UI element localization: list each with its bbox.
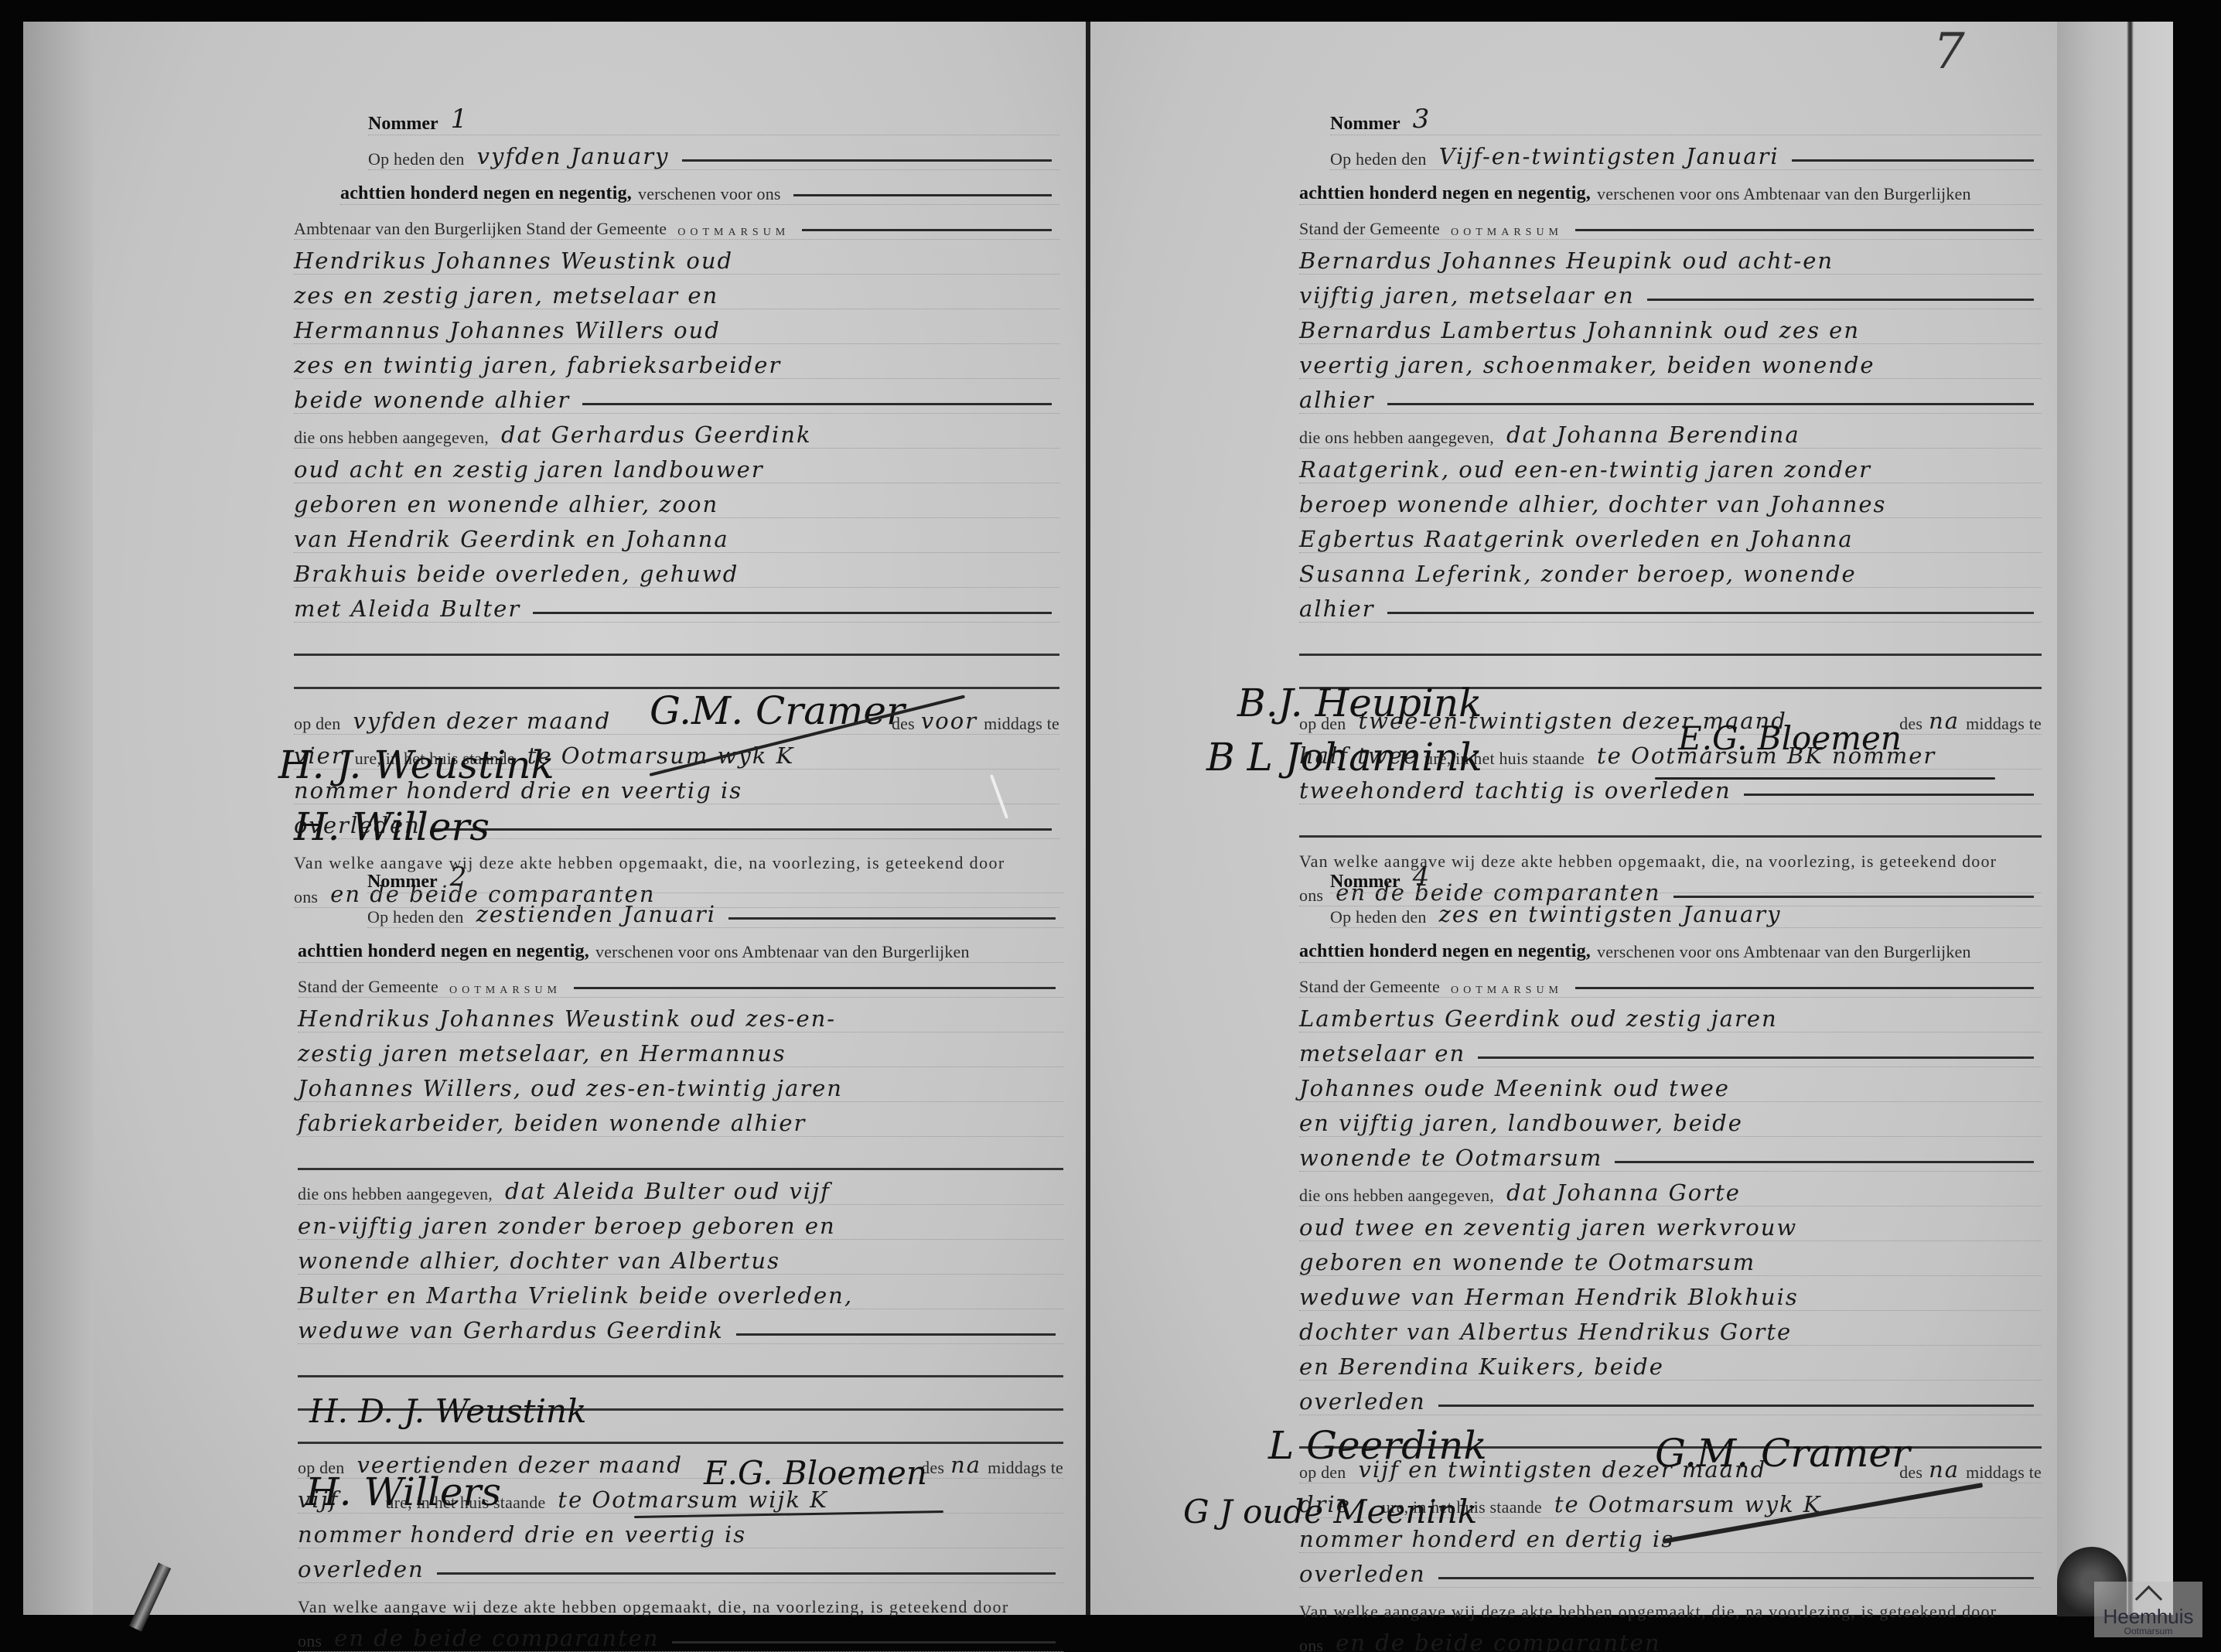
declarant-line: Lambertus Geerdink oud zestig jaren	[1299, 1005, 1778, 1032]
verschenen-label: verschenen voor ons Ambtenaar van den Bu…	[1597, 184, 1971, 204]
signature-declarant: H. Willers	[305, 1469, 501, 1514]
signature-registrar: G.M. Cramer	[650, 688, 905, 733]
declaration-line: Egbertus Raatgerink overleden en Johanna	[1299, 526, 1854, 552]
gemeente-name: OOTMARSUM	[1451, 227, 1563, 239]
aangegeven-label: die ons hebben aangegeven,	[294, 428, 489, 448]
declaration-line: weduwe van Herman Hendrik Blokhuis	[1299, 1284, 1799, 1310]
declarant-line: Bernardus Johannes Heupink oud acht-en	[1299, 247, 1834, 274]
signature-declarant: L Geerdink	[1268, 1423, 1487, 1468]
declarant-line: fabriekarbeider, beiden wonende alhier	[298, 1110, 806, 1136]
record-date: zestienden Januari	[476, 901, 716, 927]
stand-label: Stand der Gemeente	[1299, 977, 1440, 997]
place-line: te Ootmarsum wyk K	[1554, 1491, 1822, 1517]
op-heden-label: Op heden den	[1330, 907, 1427, 927]
verschenen-label: verschenen voor ons Ambtenaar van den Bu…	[1597, 942, 1971, 962]
record-date: Vijf-en-twintigsten Januari	[1439, 143, 1779, 169]
day-part: voor	[921, 708, 977, 734]
declarant-line: alhier	[1299, 387, 1375, 413]
declaration-line: beroep wonende alhier, dochter van Johan…	[1299, 491, 1886, 517]
op-heden-label: Op heden den	[368, 149, 465, 169]
declaration-line: met Aleida Bulter	[294, 596, 520, 622]
death-record-3: Nommer 3 Op heden den Vijf-en-twintigste…	[1299, 101, 2042, 906]
middags-label: middags te	[988, 1458, 1063, 1478]
declarant-line: Johannes oude Meenink oud twee	[1299, 1075, 1730, 1101]
verschenen-label: verschenen voor ons	[638, 184, 781, 204]
year-line: achttien honderd negen en negentig,	[298, 941, 589, 962]
ambtenaar-label: Ambtenaar van den Burgerlijken Stand der…	[294, 219, 667, 239]
op-den-label: op den	[294, 714, 340, 734]
declaration-line: geboren en wonende te Ootmarsum	[1299, 1249, 1755, 1275]
signature-declarant: B.J. Heupink	[1237, 681, 1482, 725]
record-number: 1	[451, 104, 469, 135]
declaration-line: wonende alhier, dochter van Albertus	[298, 1248, 780, 1274]
signed-by: en de beide comparanten	[334, 1625, 659, 1651]
declaration-line: dat Johanna Gorte	[1506, 1179, 1741, 1206]
van-welke-text: Van welke aangave wij deze akte hebben o…	[1299, 1602, 1997, 1622]
declaration-line: en-vijftig jaren zonder beroep geboren e…	[298, 1213, 836, 1239]
declaration-line: Bulter en Martha Vrielink beide overlede…	[298, 1282, 853, 1309]
declarant-line: Hendrikus Johannes Weustink oud zes-en-	[298, 1005, 836, 1032]
declarant-line: Hendrikus Johannes Weustink oud	[294, 247, 733, 274]
record-date: zes en twintigsten January	[1439, 901, 1782, 927]
declaration-line: oud acht en zestig jaren landbouwer	[294, 456, 764, 483]
year-line: achttien honderd negen en negentig,	[340, 183, 632, 204]
verschenen-label: verschenen voor ons Ambtenaar van den Bu…	[595, 942, 970, 962]
aangegeven-label: die ons hebben aangegeven,	[298, 1184, 493, 1204]
declaration-line: overleden	[1299, 1388, 1426, 1415]
record-number: 4	[1413, 862, 1431, 893]
declarant-line: metselaar en	[1299, 1040, 1465, 1067]
declaration-line: dat Gerhardus Geerdink	[501, 422, 812, 448]
declaration-line: dochter van Albertus Hendrikus Gorte	[1299, 1319, 1792, 1345]
binding-edge	[2057, 22, 2173, 1615]
gemeente-name: OOTMARSUM	[1451, 985, 1563, 997]
day-part: na	[1929, 1456, 1960, 1483]
declarant-line: Bernardus Lambertus Johannink oud zes en	[1299, 317, 1860, 343]
declarant-line: zestig jaren metselaar, en Hermannus	[298, 1040, 786, 1067]
declaration-line: Brakhuis beide overleden, gehuwd	[294, 561, 739, 587]
signature-registrar: E.G. Bloemen	[1678, 719, 1902, 757]
signature-declarant: B L Johannink	[1206, 735, 1482, 780]
nommer-label: Nommer	[367, 872, 438, 893]
declarant-line: Hermannus Johannes Willers oud	[294, 317, 721, 343]
des-label: des	[1899, 714, 1922, 734]
signature-declarant: H. J. Weustink	[278, 742, 554, 787]
place-line: overleden	[1299, 1561, 1426, 1587]
declaration-line: Raatgerink, oud een-en-twintig jaren zon…	[1299, 456, 1871, 483]
record-number: 3	[1413, 104, 1431, 135]
declaration-line: van Hendrik Geerdink en Johanna	[294, 526, 729, 552]
declaration-line: dat Johanna Berendina	[1506, 422, 1800, 448]
heemhuis-watermark: Heemhuis Ootmarsum	[2094, 1582, 2202, 1637]
declarant-line: Johannes Willers, oud zes-en-twintig jar…	[298, 1075, 843, 1101]
middags-label: middags te	[1966, 1463, 2042, 1483]
year-line: achttien honderd negen en negentig,	[1299, 941, 1591, 962]
declaration-line: Susanna Leferink, zonder beroep, wonende	[1299, 561, 1857, 587]
ons-label: ons	[1299, 1636, 1323, 1652]
signature-registrar: E.G. Bloemen	[704, 1454, 927, 1492]
day-part: na	[950, 1452, 981, 1478]
signature-registrar: G.M. Cramer	[1655, 1431, 1910, 1476]
declaration-line: alhier	[1299, 596, 1375, 622]
op-heden-label: Op heden den	[367, 907, 464, 927]
year-line: achttien honderd negen en negentig,	[1299, 183, 1591, 204]
death-record-2: Nommer 2 Op heden den zestienden Januari…	[298, 858, 1063, 1652]
signature-declarant: H. Willers	[294, 804, 490, 849]
op-heden-label: Op heden den	[1330, 149, 1427, 169]
nommer-label: Nommer	[368, 114, 438, 135]
death-day: vyfden dezer maand	[353, 708, 611, 734]
signature-declarant: G J oude Meenink	[1183, 1493, 1477, 1531]
van-welke-text: Van welke aangave wij deze akte hebben o…	[298, 1597, 1009, 1617]
middags-label: middags te	[1966, 714, 2042, 734]
declarant-line: vijftig jaren, metselaar en	[1299, 282, 1635, 309]
record-number: 2	[450, 862, 469, 893]
death-record-4: Nommer 4 Op heden den zes en twintigsten…	[1299, 858, 2042, 1652]
declaration-line: geboren en wonende alhier, zoon	[294, 491, 718, 517]
declarant-line: wonende te Ootmarsum	[1299, 1145, 1602, 1171]
record-date: vyfden January	[477, 143, 670, 169]
stand-label: Stand der Gemeente	[1299, 219, 1440, 239]
nommer-label: Nommer	[1330, 114, 1400, 135]
stand-label: Stand der Gemeente	[298, 977, 438, 997]
declarant-line: zes en zestig jaren, metselaar en	[294, 282, 718, 309]
declarant-line: zes en twintig jaren, fabrieksarbeider	[294, 352, 781, 378]
declaration-line: dat Aleida Bulter oud vijf	[505, 1178, 831, 1204]
folio-number: 7	[1933, 23, 1965, 80]
place-line: tweehonderd tachtig is overleden	[1299, 777, 1731, 804]
gemeente-name: OOTMARSUM	[677, 227, 790, 239]
gemeente-name: OOTMARSUM	[449, 985, 561, 997]
middags-label: middags te	[984, 714, 1059, 734]
declaration-line: oud twee en zeventig jaren werkvrouw	[1299, 1214, 1797, 1241]
declaration-line: en Berendina Kuikers, beide	[1299, 1353, 1664, 1380]
aangegeven-label: die ons hebben aangegeven,	[1299, 428, 1494, 448]
day-part: na	[1929, 708, 1960, 734]
place-line: overleden	[298, 1556, 425, 1582]
declarant-line: veertig jaren, schoenmaker, beiden wonen…	[1299, 352, 1875, 378]
declarant-line: en vijftig jaren, landbouwer, beide	[1299, 1110, 1743, 1136]
declaration-line: weduwe van Gerhardus Geerdink	[298, 1317, 724, 1343]
ons-label: ons	[298, 1631, 322, 1651]
signed-by: en de beide comparanten	[1336, 1630, 1660, 1652]
aangegeven-label: die ons hebben aangegeven,	[1299, 1186, 1494, 1206]
signature-declarant: H. D. J. Weustink	[309, 1392, 587, 1430]
declarant-line: beide wonende alhier	[294, 387, 570, 413]
nommer-label: Nommer	[1330, 872, 1400, 893]
place-line: nommer honderd drie en veertig is	[298, 1521, 746, 1548]
